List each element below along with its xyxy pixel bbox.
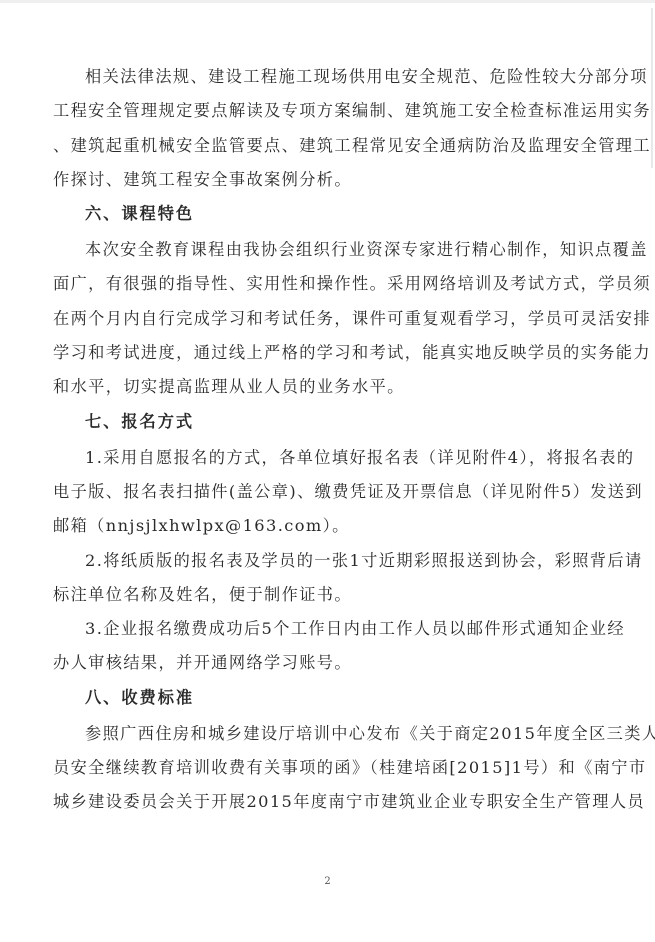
- paragraph-line: 员安全继续教育培训收费有关事项的函》（桂建培函[2015]1号）和《南宁市: [53, 753, 613, 787]
- paragraph-line: 3.企业报名缴费成功后5个工作日内由工作人员以邮件形式通知企业经: [53, 614, 613, 648]
- paragraph-line: 1.采用自愿报名的方式，各单位填好报名表（详见附件4），将报名表的: [53, 443, 613, 477]
- paragraph-line: 相关法律法规、建设工程施工现场供用电安全规范、危险性较大分部分项: [53, 62, 613, 96]
- paragraph-line-email: 邮箱（nnjsjlxhwlpx@163.com）。: [53, 511, 613, 545]
- section-heading-registration: 七、报名方式: [53, 407, 613, 443]
- paragraph-line: 城乡建设委员会关于开展2015年度南宁市建筑业企业专职安全生产管理人员: [53, 787, 613, 821]
- paragraph-line: 本次安全教育课程由我协会组织行业资深专家进行精心制作，知识点覆盖: [53, 235, 613, 269]
- section-heading-course-features: 六、课程特色: [53, 199, 613, 235]
- scan-top-edge: [0, 0, 655, 3]
- paragraph-line: 学习和考试进度，通过线上严格的学习和考试，能真实地反映学员的实务能力: [53, 338, 613, 372]
- paragraph-line: 、建筑起重机械安全监管要点、建筑工程常见安全通病防治及监理安全管理工: [53, 131, 613, 165]
- paragraph-line: 参照广西住房和城乡建设厅培训中心发布《关于商定2015年度全区三类人: [53, 719, 613, 753]
- document-body: 相关法律法规、建设工程施工现场供用电安全规范、危险性较大分部分项 工程安全管理规…: [53, 62, 613, 822]
- paragraph-line: 在两个月内自行完成学习和考试任务，课件可重复观看学习，学员可灵活安排: [53, 304, 613, 338]
- paragraph-line: 面广，有很强的指导性、实用性和操作性。采用网络培训及考试方式，学员须: [53, 269, 613, 303]
- paragraph-line: 办人审核结果，并开通网络学习账号。: [53, 648, 613, 682]
- paragraph-line: 标注单位名称及姓名，便于制作证书。: [53, 580, 613, 614]
- section-heading-fees: 八、收费标准: [53, 683, 613, 719]
- paragraph-line: 工程安全管理规定要点解读及专项方案编制、建筑施工安全检查标准运用实务: [53, 96, 613, 130]
- paragraph-line: 和水平，切实提高监理从业人员的业务水平。: [53, 372, 613, 406]
- page-number: 2: [0, 876, 655, 887]
- paragraph-line: 2.将纸质版的报名表及学员的一张1寸近期彩照报送到协会，彩照背后请: [53, 546, 613, 580]
- scan-right-edge: [651, 8, 653, 168]
- paragraph-line: 电子版、报名表扫描件(盖公章)、缴费凭证及开票信息（详见附件5）发送到: [53, 477, 613, 511]
- paragraph-line: 作探讨、建筑工程安全事故案例分析。: [53, 165, 613, 199]
